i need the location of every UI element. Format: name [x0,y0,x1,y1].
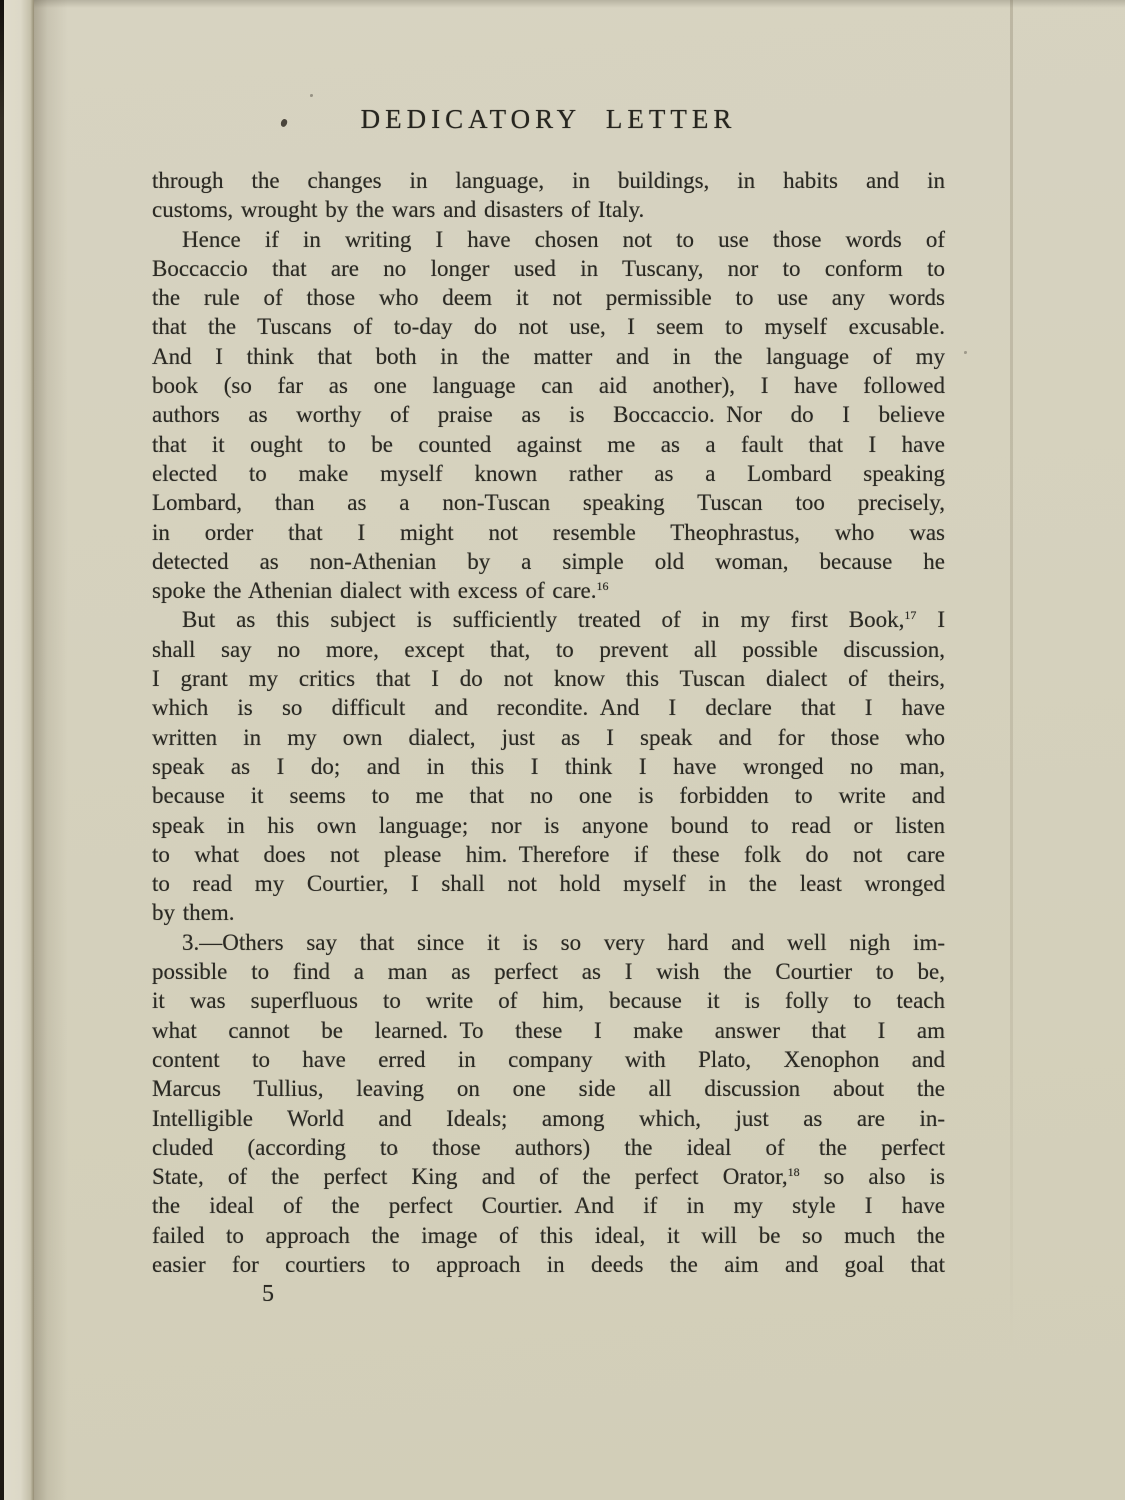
text-line: Lombard, than as a non-Tuscan speaking T… [152,488,945,517]
text-line: speak in his own language; nor is anyone… [152,811,945,840]
page-number: 5 [262,1281,274,1308]
page-title: DEDICATORY LETTER [152,104,945,135]
text-line: Boccaccio that are no longer used in Tus… [152,254,945,283]
text-line: detected as non-Athenian by a simple old… [152,547,945,576]
text-line: book (so far as one language can aid ano… [152,371,945,400]
underlying-page-edge [4,0,34,1500]
text-line: what cannot be learned. To these I make … [152,1016,945,1045]
text-line: content to have erred in company with Pl… [152,1045,945,1074]
text-line: to what does not please him. Therefore i… [152,840,945,869]
page-body: through the changes in language, in buil… [152,166,945,1279]
footnote-ref: 17 [904,608,916,622]
top-edge-shade [34,0,1125,8]
text-line: possible to find a man as perfect as I w… [152,957,945,986]
text-line: customs, wrought by the wars and disaste… [152,195,945,224]
footnote-ref: 16 [596,579,608,593]
book-page: DEDICATORY LETTER through the changes in… [34,0,1125,1500]
text-line: the ideal of the perfect Courtier. And i… [152,1191,945,1220]
gutter-shadow [34,0,68,1500]
text-line: And I think that both in the matter and … [152,342,945,371]
text-line: through the changes in language, in buil… [152,166,945,195]
text-line: Marcus Tullius, leaving on one side all … [152,1074,945,1103]
text-line: Hence if in writing I have chosen not to… [152,225,945,254]
text-line: that the Tuscans of to-day do not use, I… [152,312,945,341]
text-line: I grant my critics that I do not know th… [152,664,945,693]
text-line: shall say no more, except that, to preve… [152,635,945,664]
text-line: 3.—Others say that since it is so very h… [152,928,945,957]
text-line: authors as worthy of praise as is Boccac… [152,400,945,429]
text-line: Intelligible World and Ideals; among whi… [152,1104,945,1133]
text-line: because it seems to me that no one is fo… [152,781,945,810]
text-line: spoke the Athenian dialect with excess o… [152,576,945,605]
text-line: that it ought to be counted against me a… [152,430,945,459]
text-line: But as this subject is sufficiently trea… [152,605,945,634]
text-line: by them. [152,898,945,927]
text-line: speak as I do; and in this I think I hav… [152,752,945,781]
text-line: cluded (according to those authors) the … [152,1133,945,1162]
text-line: in order that I might not resemble Theop… [152,518,945,547]
text-line: written in my own dialect, just as I spe… [152,723,945,752]
text-line: which is so difficult and recondite. And… [152,693,945,722]
book-page-scan: DEDICATORY LETTER through the changes in… [0,0,1125,1500]
text-line: to read my Courtier, I shall not hold my… [152,869,945,898]
text-line: it was superfluous to write of him, beca… [152,986,945,1015]
paper-fleck [310,94,313,97]
page-crease [1010,0,1013,1352]
text-line: elected to make myself known rather as a… [152,459,945,488]
text-line: failed to approach the image of this ide… [152,1221,945,1250]
text-line: the rule of those who deem it not permis… [152,283,945,312]
paper-fleck [964,351,967,354]
text-line: State, of the perfect King and of the pe… [152,1162,945,1191]
footnote-ref: 18 [788,1165,800,1179]
text-line: easier for courtiers to approach in deed… [152,1250,945,1279]
